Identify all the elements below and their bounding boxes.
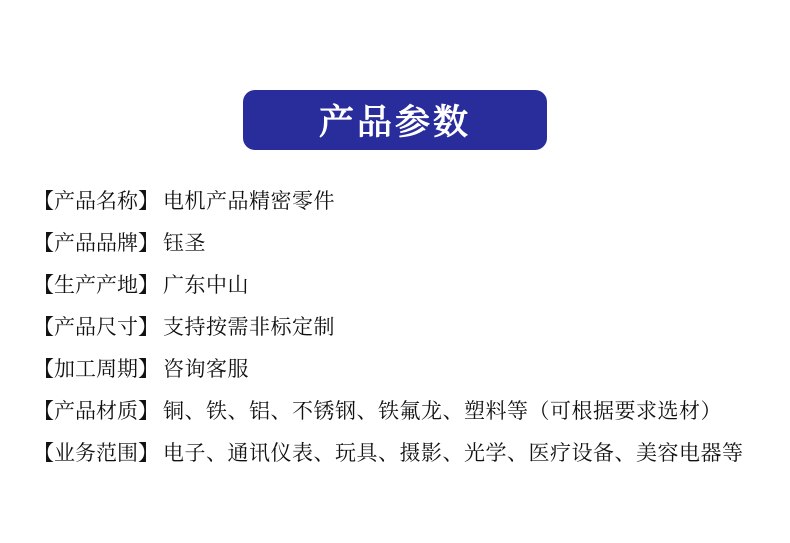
param-label: 【产品材质】	[33, 395, 159, 425]
param-value: 电子、通讯仪表、玩具、摄影、光学、医疗设备、美容电器等	[163, 437, 744, 467]
param-value: 咨询客服	[163, 353, 249, 383]
param-list: 【产品名称】 电机产品精密零件 【产品品牌】 钰圣 【生产产地】 广东中山 【产…	[33, 179, 774, 473]
param-label: 【产品品牌】	[33, 227, 159, 257]
param-value: 铜、铁、铝、不锈钢、铁氟龙、塑料等（可根据要求选材）	[163, 395, 722, 425]
param-label: 【产品尺寸】	[33, 311, 159, 341]
param-value: 钰圣	[163, 227, 206, 257]
param-row-material: 【产品材质】 铜、铁、铝、不锈钢、铁氟龙、塑料等（可根据要求选材）	[33, 389, 774, 431]
param-row-size: 【产品尺寸】 支持按需非标定制	[33, 305, 774, 347]
page-title: 产品参数	[319, 95, 471, 145]
param-row-brand: 【产品品牌】 钰圣	[33, 221, 774, 263]
param-row-lead-time: 【加工周期】 咨询客服	[33, 347, 774, 389]
param-row-product-name: 【产品名称】 电机产品精密零件	[33, 179, 774, 221]
product-params-page: { "banner": { "title": "产品参数", "bg_color…	[0, 0, 790, 543]
product-params-banner: 产品参数	[243, 90, 547, 150]
param-label: 【产品名称】	[33, 185, 159, 215]
param-value: 电机产品精密零件	[163, 185, 335, 215]
param-row-origin: 【生产产地】 广东中山	[33, 263, 774, 305]
param-label: 【生产产地】	[33, 269, 159, 299]
param-label: 【业务范围】	[33, 437, 159, 467]
param-value: 广东中山	[163, 269, 249, 299]
param-label: 【加工周期】	[33, 353, 159, 383]
param-value: 支持按需非标定制	[163, 311, 335, 341]
param-row-business-scope: 【业务范围】 电子、通讯仪表、玩具、摄影、光学、医疗设备、美容电器等	[33, 431, 774, 473]
